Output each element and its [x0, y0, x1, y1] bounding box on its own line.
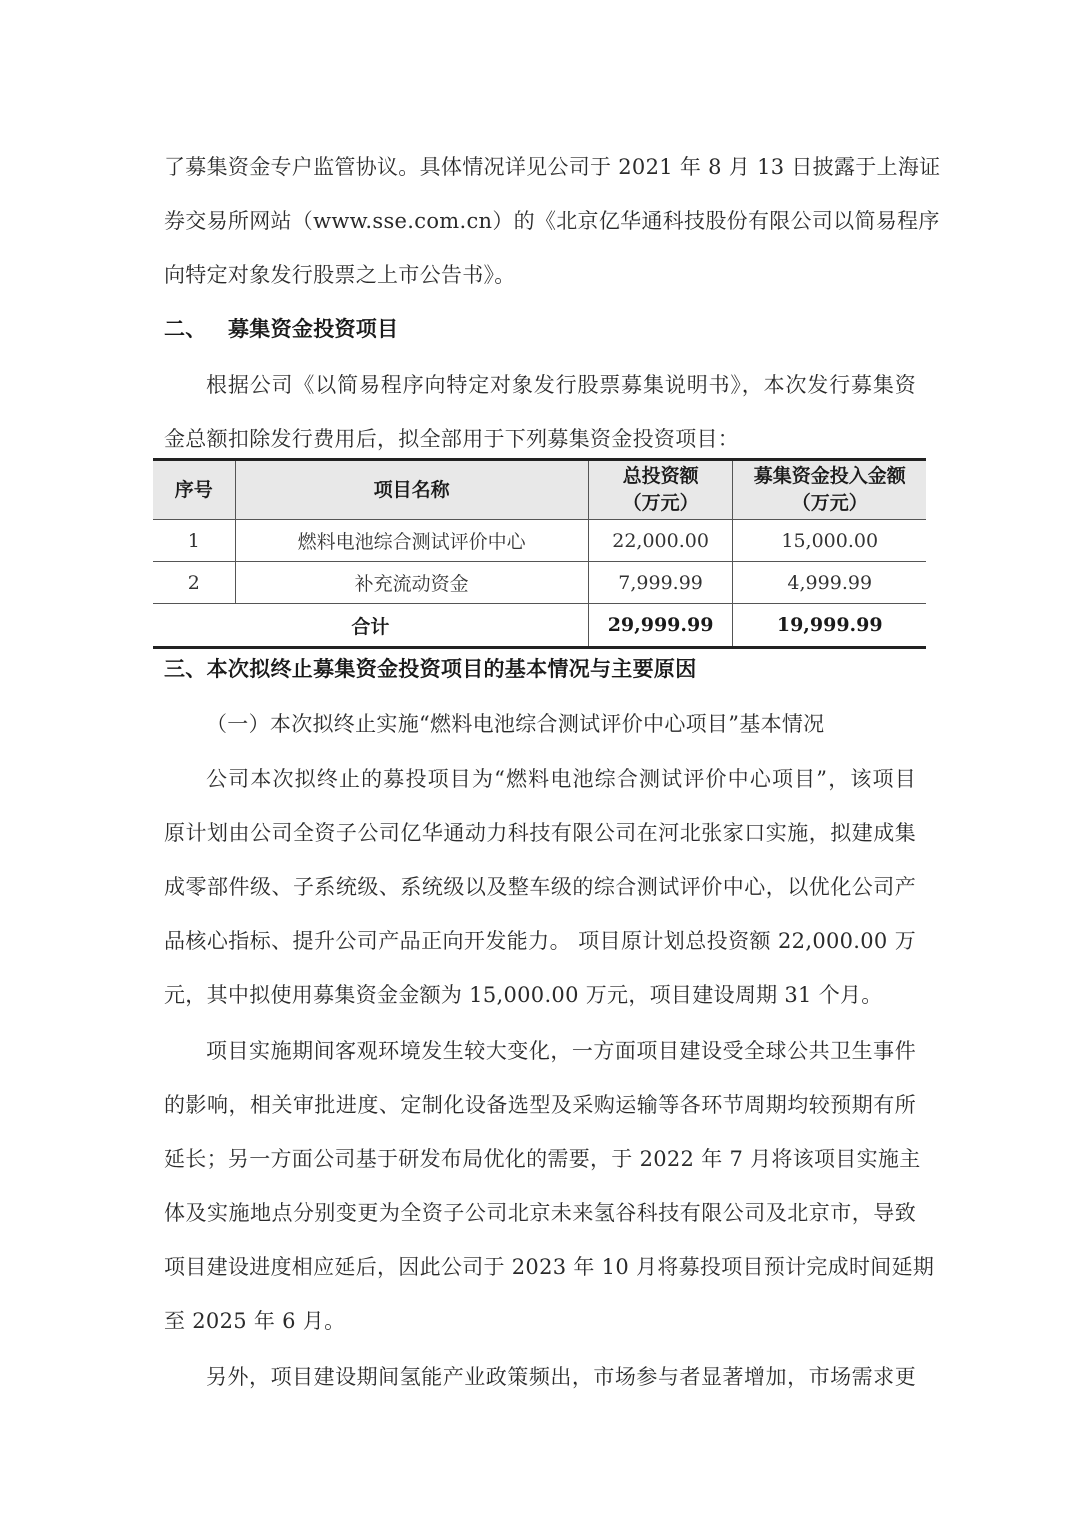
- section-2-para-line-1: 根据公司《以简易程序向特定对象发行股票募集说明书》，本次发行募集资: [206, 370, 916, 400]
- cell-total-label: 合计: [153, 604, 588, 648]
- header-total-investment: 总投资额（万元）: [588, 460, 733, 520]
- document-page: 了募集资金专户监管协议。具体情况详见公司于 2021 年 8 月 13 日披露于…: [0, 0, 1080, 1528]
- sub1-para1-line-3: 成零部件级、子系统级、系统级以及整车级的综合测试评价中心，以优化公司产: [164, 872, 916, 902]
- subsection-1-heading: （一）本次拟终止实施“燃料电池综合测试评价中心项目”基本情况: [206, 709, 958, 739]
- cell-no: 2: [153, 562, 235, 604]
- sub1-para2-line-1: 项目实施期间客观环境发生较大变化，一方面项目建设受全球公共卫生事件: [206, 1036, 916, 1066]
- section-2-heading: 二、募集资金投资项目: [164, 314, 916, 344]
- sub1-para2-line-6: 至 2025 年 6 月。: [164, 1306, 916, 1336]
- cell-project-name: 补充流动资金: [235, 562, 588, 604]
- sub1-para2-line-2: 的影响，相关审批进度、定制化设备选型及采购运输等各环节周期均较预期有所: [164, 1090, 916, 1120]
- section-2-number: 二、: [164, 314, 228, 344]
- header-no: 序号: [153, 460, 235, 520]
- sub1-para1-line-4: 品核心指标、提升公司产品正向开发能力。 项目原计划总投资额 22,000.00 …: [164, 926, 916, 956]
- cell-project-name: 燃料电池综合测试评价中心: [235, 520, 588, 562]
- intro-line-3: 向特定对象发行股票之上市公告书》。: [164, 260, 916, 290]
- cell-raised: 4,999.99: [733, 562, 926, 604]
- table-row: 1 燃料电池综合测试评价中心 22,000.00 15,000.00: [153, 520, 926, 562]
- sub1-para2-line-5: 项目建设进度相应延后，因此公司于 2023 年 10 月将募投项目预计完成时间延…: [164, 1252, 916, 1282]
- table-header-row: 序号 项目名称 总投资额（万元） 募集资金投入金额（万元）: [153, 460, 926, 520]
- header-project-name: 项目名称: [235, 460, 588, 520]
- cell-no: 1: [153, 520, 235, 562]
- section-2-title: 募集资金投资项目: [228, 316, 398, 341]
- intro-line-2: 券交易所网站（www.sse.com.cn）的《北京亿华通科技股份有限公司以简易…: [164, 206, 916, 236]
- fund-allocation-table: 序号 项目名称 总投资额（万元） 募集资金投入金额（万元） 1 燃料电池综合测试…: [153, 458, 926, 649]
- sub1-para2-line-4: 体及实施地点分别变更为全资子公司北京未来氢谷科技有限公司及北京市，导致: [164, 1198, 916, 1228]
- cell-total-sum: 29,999.99: [588, 604, 733, 648]
- sub1-para1-line-2: 原计划由公司全资子公司亿华通动力科技有限公司在河北张家口实施，拟建成集: [164, 818, 916, 848]
- sub1-para1-line-5: 元，其中拟使用募集资金金额为 15,000.00 万元，项目建设周期 31 个月…: [164, 980, 916, 1010]
- cell-total: 7,999.99: [588, 562, 733, 604]
- cell-total: 22,000.00: [588, 520, 733, 562]
- sub1-para3-line-1: 另外，项目建设期间氢能产业政策频出，市场参与者显著增加，市场需求更: [206, 1362, 916, 1392]
- cell-raised: 15,000.00: [733, 520, 926, 562]
- table-total-row: 合计 29,999.99 19,999.99: [153, 604, 926, 648]
- intro-line-1: 了募集资金专户监管协议。具体情况详见公司于 2021 年 8 月 13 日披露于…: [164, 152, 916, 182]
- sub1-para2-line-3: 延长；另一方面公司基于研发布局优化的需要，于 2022 年 7 月将该项目实施主: [164, 1144, 916, 1174]
- sub1-para1-line-1: 公司本次拟终止的募投项目为“燃料电池综合测试评价中心项目”，该项目: [206, 764, 916, 794]
- table-row: 2 补充流动资金 7,999.99 4,999.99: [153, 562, 926, 604]
- cell-raised-sum: 19,999.99: [733, 604, 926, 648]
- section-2-para-line-2: 金总额扣除发行费用后，拟全部用于下列募集资金投资项目：: [164, 424, 916, 454]
- header-raised-funds: 募集资金投入金额（万元）: [733, 460, 926, 520]
- section-3-heading: 三、本次拟终止募集资金投资项目的基本情况与主要原因: [164, 654, 916, 684]
